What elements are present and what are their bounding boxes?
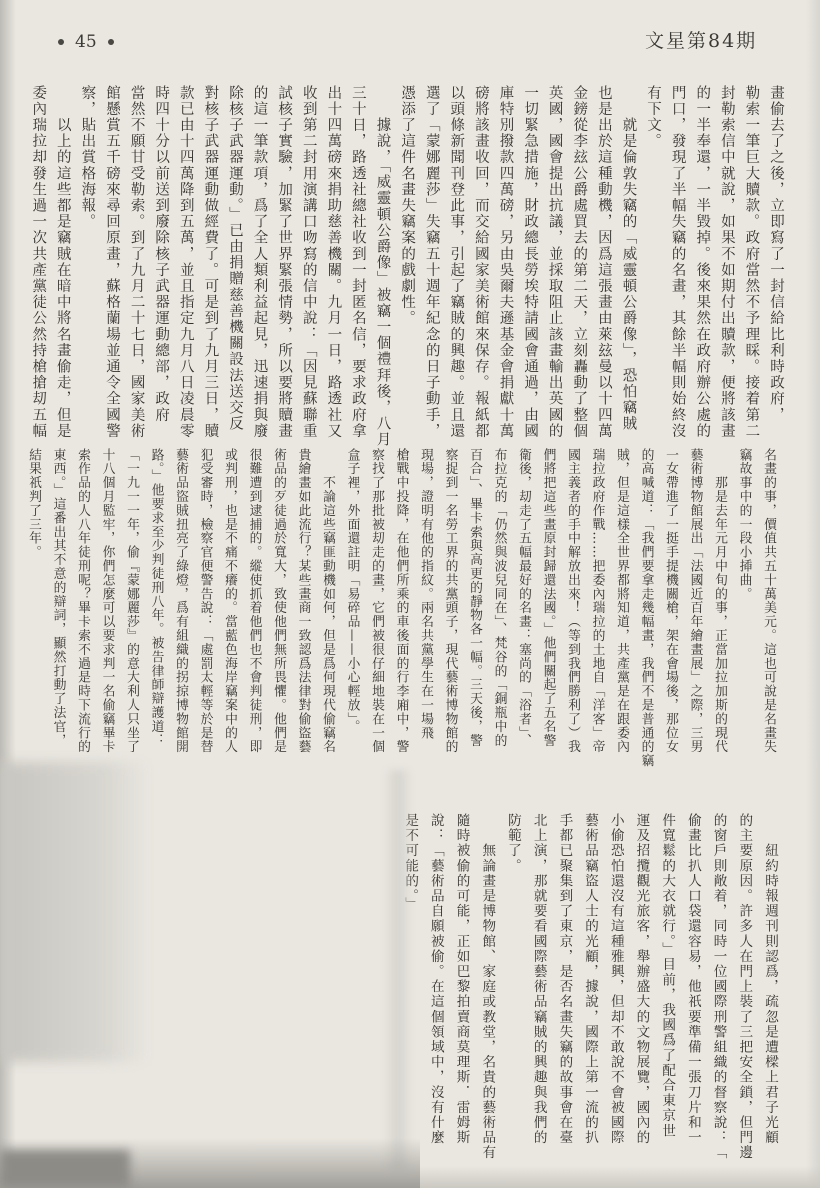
text-column: 館懸賞五千磅來尋回原畫，蘇格蘭場並通令全國警 (99, 85, 124, 459)
text-column: 藝術品竊盜人士的光顧，據說，國際上第一流的扒 (576, 813, 602, 1163)
text-column: 藝術博物館展出「法國近百年繪畫展」之際，三男 (682, 448, 707, 768)
text-column: 據說，「威靈頓公爵像」被竊一個禮拜後，八月 (370, 85, 395, 459)
text-column: 那是去年元月中旬的事，正當加拉加斯的現代 (707, 448, 732, 768)
text-column: 結果祇判了三年。 (21, 448, 46, 768)
text-column: 收到第二封用演講口吻寫的信中說：「因見蘇聯重 (296, 85, 321, 459)
text-column: 偷畫比扒人口袋還容易，他祇要準備一張刀片和一 (679, 813, 705, 1163)
text-column: 以頭條新聞刊登此事，引起了竊賊的興趣。並且還 (444, 85, 469, 459)
text-column: 說：「藝術品自願被偷。在這個領域中，沒有什麼 (422, 813, 448, 1163)
text-column: 槍戰中投降，在他們所乘的車後面的行李廂中，警 (388, 448, 413, 768)
text-column: 手都已聚集到了東京，是否名畫失竊的故事會在臺 (551, 813, 577, 1163)
article-band-top: 畫偷去了之後，立即寫了一封信給比利時政府，勒索一筆巨大贖款。政府當然不予理睬。接… (22, 85, 788, 459)
text-column: 東西。」這番出其不意的辯詞，顯然打動了法官， (45, 448, 70, 768)
text-column: 察找了那批被刧走的畫，它們被很仔細地裝在一個 (364, 448, 389, 768)
text-column: 瑞拉政府作戰……把委內瑞拉的土地自「洋客」帝 (584, 448, 609, 768)
page-number-value: 45 (75, 32, 97, 52)
text-column: 察，貼出賞格海報。 (75, 85, 100, 459)
text-column: 防範了。 (499, 813, 525, 1163)
page-fold-shadow (0, 762, 150, 1062)
text-column: 運及招攬觀光旅客，舉辦盛大的文物展覽，國內的 (628, 813, 654, 1163)
page-number-dot-left (58, 39, 64, 45)
text-column: 索作品的人八年徒刑呢？畢卡索不過是時下流行的 (70, 448, 95, 768)
text-column: 犯受審時，檢察官便警告說：「處罰太輕等於是替 (192, 448, 217, 768)
text-column: 有下文。 (640, 85, 665, 459)
page-number-dot-right (108, 39, 114, 45)
text-column: 衛後，刧走了五幅最好的名畫：塞尚的「浴者」、 (511, 448, 536, 768)
page-bottom-shadow (0, 1138, 420, 1188)
text-column: 的主要原因。許多人在門上裝了三把安全鎖，但門邊 (731, 813, 757, 1163)
text-column: 畫偷去了之後，立即寫了一封信給比利時政府， (763, 85, 788, 459)
text-column: 貴繪畫如此流行？某些畫商一致認爲法律對偷盜藝 (290, 448, 315, 768)
text-column: 一切緊急措施，財政總長勞埃特請國會通過，由國 (517, 85, 542, 459)
text-column: 無論畫是博物館、家庭或教堂，名貴的藝術品有 (474, 813, 500, 1163)
text-column: 竊故事中的一段小揷曲。 (731, 448, 756, 768)
text-column: 名畫的事，價值共五十萬美元。這也可說是名畫失 (756, 448, 781, 768)
text-column: 勒索一筆巨大贖款。政府當然不予理睬。接着第二 (739, 85, 764, 459)
text-column: 盒子裡，外面還註明「易碎品——小心輕放」。 (339, 448, 364, 768)
text-column: 除核子武器運動。」已由捐贈慈善機關設法送交反 (222, 85, 247, 459)
text-column: 憑添了這件名畫失竊案的戲劇性。 (395, 85, 420, 459)
text-column: 門口，發現了半幅失竊的名畫，其餘半幅則始終沒 (665, 85, 690, 459)
magazine-title-header: 文星第84期 (645, 26, 757, 53)
text-column: 們將把這些畫原封歸還法國。」他們關起了五名警 (535, 448, 560, 768)
text-column: 以上的這些都是竊賊在暗中將名畫偷走，但是 (50, 85, 75, 459)
text-column: 國主義者的手中解放出來！（等到我們勝利了）我 (560, 448, 585, 768)
text-column: 的高喊道：「我們要拿走幾幅畫，我們不是普通的竊 (633, 448, 658, 768)
text-column: 英國，國會提出抗議，並採取阻止該畫輸出英國的 (542, 85, 567, 459)
text-column: 委內瑞拉却發生過一次共產黨徒公然持槍搶刧五幅 (26, 85, 51, 459)
text-column: 出十四萬磅來捐助慈善機關。九月一日，路透社又 (321, 85, 346, 459)
text-column: 庫特別撥款四萬磅，另由吳爾夫遜基金會捐獻十萬 (493, 85, 518, 459)
page-bottom-right-shadow (420, 1166, 820, 1188)
text-column: 「一九一一年，偷『蒙娜麗莎』的意大利人只坐了 (119, 448, 144, 768)
text-column: 布拉克的「仍然與波兒同在」、梵谷的「銅瓶中的 (486, 448, 511, 768)
article-band-bottom: 紐約時報週刊則認爲，疏忽是遭樑上君子光顧的主要原因。許多人在門上裝了三把安全鎖，… (396, 813, 782, 1163)
text-column: 當然不願甘受勒索。到了九月二十七日，國家美術 (124, 85, 149, 459)
text-column: 三十日，路透社總社收到一封匿名信，要求政府拿 (345, 85, 370, 459)
text-column: 路。」他要求至少判徒刑八年。被告律師辯護道： (143, 448, 168, 768)
text-column: 件寬鬆的大衣就行。」目前，我國爲了配合東京世 (653, 813, 679, 1163)
text-column: 察捉到一名勞工界的共黨頭子，現代藝術博物館的 (437, 448, 462, 768)
text-column: 隨時被偷的可能，正如巴黎拍賣商莫理斯．雷姆斯 (448, 813, 474, 1163)
text-column: 金鎊從李玆公爵處買去的第二天，立刻轟動了整個 (567, 85, 592, 459)
text-column: 封勒索信中就說，如果不如期付出贖款，便將該畫 (714, 85, 739, 459)
text-column: 時四十分以前送到廢除核子武器運動總部，政府 (149, 85, 174, 459)
text-column: 百合」、畢卡索與高更的靜物各一幅。三天後，警 (462, 448, 487, 768)
text-column: 一女帶進了一挺手提機關槍，架在會場後，那位女 (658, 448, 683, 768)
text-column: 北上演，那就要看國際藝術品竊賊的興趣與我們的 (525, 813, 551, 1163)
text-column: 磅將該畫收回，而交給國家美術館來保存。報紙都 (468, 85, 493, 459)
text-column: 紐約時報週刊則認爲，疏忽是遭樑上君子光顧 (756, 813, 782, 1163)
text-column: 小偷恐怕還沒有這種雅興，但却不敢說不會被國際 (602, 813, 628, 1163)
page-edge-shadow-left (0, 0, 16, 1188)
text-column: 就是倫敦失竊的「威靈頓公爵像」，恐怕竊賊 (616, 85, 641, 459)
magazine-page: 45 文星第84期 畫偷去了之後，立即寫了一封信給比利時政府，勒索一筆巨大贖款。… (0, 0, 820, 1188)
text-column: 的這一筆款項，爲了全人類利益起見，迅速捐與廢 (247, 85, 272, 459)
text-column: 藝術品盜賊扭亮了綠燈，爲有組織的拐掠博物館開 (168, 448, 193, 768)
text-column: 現場，證明有他的指紋。兩名共黨學生在一場飛 (413, 448, 438, 768)
text-column: 試核子實驗，加緊了世界緊張情勢，所以要將贖畫 (272, 85, 297, 459)
text-column: 的一半奉還，一半毀掉。後來果然在政府辦公處的 (690, 85, 715, 459)
page-bottom-corner-shadow (0, 1150, 130, 1188)
text-column: 術品的歹徒過於寬大，致使他們無所畏懼。他們是 (266, 448, 291, 768)
text-column: 款已由十四萬降到五萬，並且指定九月八日凌晨零 (173, 85, 198, 459)
text-column: 對核子武器運動做經費了。可是到了九月三日，贖 (198, 85, 223, 459)
text-column: 是不可能的。」 (396, 813, 422, 1163)
text-column: 不論這些竊匪動機如何，但是爲何現代偷竊名 (315, 448, 340, 768)
article-band-middle: 名畫的事，價值共五十萬美元。這也可說是名畫失竊故事中的一段小揷曲。 那是去年元月… (18, 448, 780, 768)
text-column: 十八個月監牢，你們怎麼可以要求判一名偷竊畢卡 (94, 448, 119, 768)
page-edge-shadow-right (806, 0, 820, 1188)
text-column: 的窗戶則敞着，同時一位國際刑警組織的督察說：「 (705, 813, 731, 1163)
text-column: 賊，但是這樣全世界都將知道，共產黨是在跟委內 (609, 448, 634, 768)
text-column: 很難遭到逮捕的。縱使抓着他們也不會判徒刑，即 (241, 448, 266, 768)
page-number: 45 (58, 32, 114, 52)
text-column: 選了「蒙娜麗莎」失竊五十週年紀念的日子動手， (419, 85, 444, 459)
text-column: 也是出於這種動機，因爲這張畫由萊玆曼以十四萬 (591, 85, 616, 459)
text-column: 或判刑，也是不痛不癢的。當藍色海岸竊案中的人 (217, 448, 242, 768)
